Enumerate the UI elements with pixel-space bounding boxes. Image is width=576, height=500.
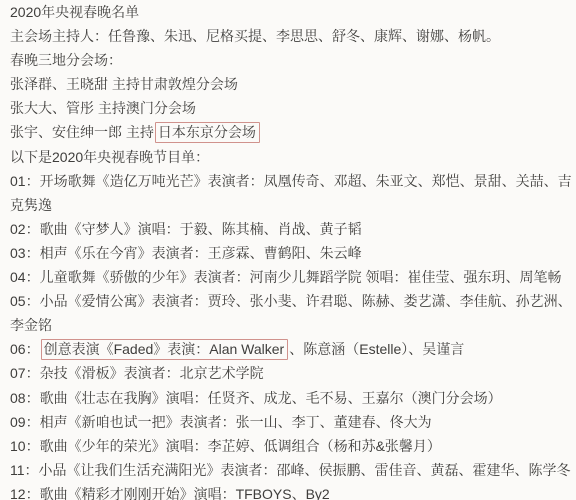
text-segment: 06： [10,341,40,357]
text-line: 张大大、管彤 主持澳门分会场 [10,96,570,120]
text-line: 10：歌曲《少年的荣光》演唱：李芷婷、低调组合（杨和苏&张馨月） [10,434,570,458]
text-segment: 主会场主持人：任鲁豫、朱迅、尼格买提、李思思、舒冬、康辉、谢娜、杨帆。 [10,28,500,44]
text-line: 05：小品《爱情公寓》表演者：贾玲、张小斐、许君聪、陈赫、娄艺潇、李佳航、孙艺洲… [10,289,570,313]
highlight-box: 日本东京分会场 [155,122,260,143]
text-segment: 09：相声《新咱也试一把》表演者：张一山、李丁、董建春、佟大为 [10,414,432,430]
text-segment: 张宇、安住绅一郎 主持 [10,124,154,140]
text-segment: 11：小品《让我们生活充满阳光》表演者：邵峰、侯振鹏、雷佳音、黄磊、霍建华、陈学… [10,462,571,478]
highlight-box: 创意表演《Faded》表演：Alan Walker [41,339,289,360]
text-segment: 以下是2020年央视春晚节目单： [10,149,209,165]
text-line: 2020年央视春晚名单 [10,0,570,24]
text-line: 04：儿童歌舞《骄傲的少年》表演者：河南少儿舞蹈学院 领唱：崔佳莹、强东玥、周笔… [10,265,570,289]
text-segment: 张泽群、王晓甜 主持甘肃敦煌分会场 [10,76,238,92]
text-line: 03：相声《乐在今宵》表演者：王彦霖、曹鹤阳、朱云峰 [10,241,570,265]
text-segment: 2020年央视春晚名单 [10,4,139,20]
text-segment: 克隽逸 [10,197,52,213]
text-segment: 08：歌曲《壮志在我胸》演唱：任贤齐、成龙、毛不易、王嘉尔（澳门分会场） [10,390,502,406]
text-line: 主会场主持人：任鲁豫、朱迅、尼格买提、李思思、舒冬、康辉、谢娜、杨帆。 [10,24,570,48]
text-line: 春晚三地分会场： [10,48,570,72]
text-segment: 05：小品《爱情公寓》表演者：贾玲、张小斐、许君聪、陈赫、娄艺潇、李佳航、孙艺洲… [10,293,572,309]
text-line: 张泽群、王晓甜 主持甘肃敦煌分会场 [10,72,570,96]
text-segment: 张大大、管彤 主持澳门分会场 [10,100,196,116]
text-line: 以下是2020年央视春晚节目单： [10,145,570,169]
text-segment: 、陈意涵（Estelle）、吴谨言 [289,341,464,357]
text-segment: 春晚三地分会场： [10,52,122,68]
text-segment: 03：相声《乐在今宵》表演者：王彦霖、曹鹤阳、朱云峰 [10,245,362,261]
text-segment: 李金铭 [10,317,52,333]
text-line: 07：杂技《滑板》表演者：北京艺术学院 [10,361,570,385]
text-segment: 07：杂技《滑板》表演者：北京艺术学院 [10,365,264,381]
text-line: 09：相声《新咱也试一把》表演者：张一山、李丁、董建春、佟大为 [10,410,570,434]
text-segment: 12：歌曲《精彩才刚刚开始》演唱：TFBOYS、By2 [10,486,330,500]
text-line: 06：创意表演《Faded》表演：Alan Walker、陈意涵（Estelle… [10,337,570,361]
text-line: 01：开场歌舞《造亿万吨光芒》表演者：凤凰传奇、邓超、朱亚文、郑恺、景甜、关喆、… [10,169,570,193]
text-line: 克隽逸 [10,193,570,217]
text-segment: 02：歌曲《守梦人》演唱：于毅、陈其楠、肖战、黄子韬 [10,221,362,237]
text-line: 张宇、安住绅一郎 主持日本东京分会场 [10,120,570,144]
text-line: 08：歌曲《壮志在我胸》演唱：任贤齐、成龙、毛不易、王嘉尔（澳门分会场） [10,386,570,410]
text-line: 12：歌曲《精彩才刚刚开始》演唱：TFBOYS、By2 [10,482,570,500]
program-list: 2020年央视春晚名单主会场主持人：任鲁豫、朱迅、尼格买提、李思思、舒冬、康辉、… [0,0,576,500]
text-segment: 04：儿童歌舞《骄傲的少年》表演者：河南少儿舞蹈学院 领唱：崔佳莹、强东玥、周笔… [10,269,561,285]
text-segment: 01：开场歌舞《造亿万吨光芒》表演者：凤凰传奇、邓超、朱亚文、郑恺、景甜、关喆、… [10,173,572,189]
text-line: 11：小品《让我们生活充满阳光》表演者：邵峰、侯振鹏、雷佳音、黄磊、霍建华、陈学… [10,458,570,482]
text-line: 02：歌曲《守梦人》演唱：于毅、陈其楠、肖战、黄子韬 [10,217,570,241]
text-segment: 10：歌曲《少年的荣光》演唱：李芷婷、低调组合（杨和苏&张馨月） [10,438,441,454]
text-line: 李金铭 [10,313,570,337]
